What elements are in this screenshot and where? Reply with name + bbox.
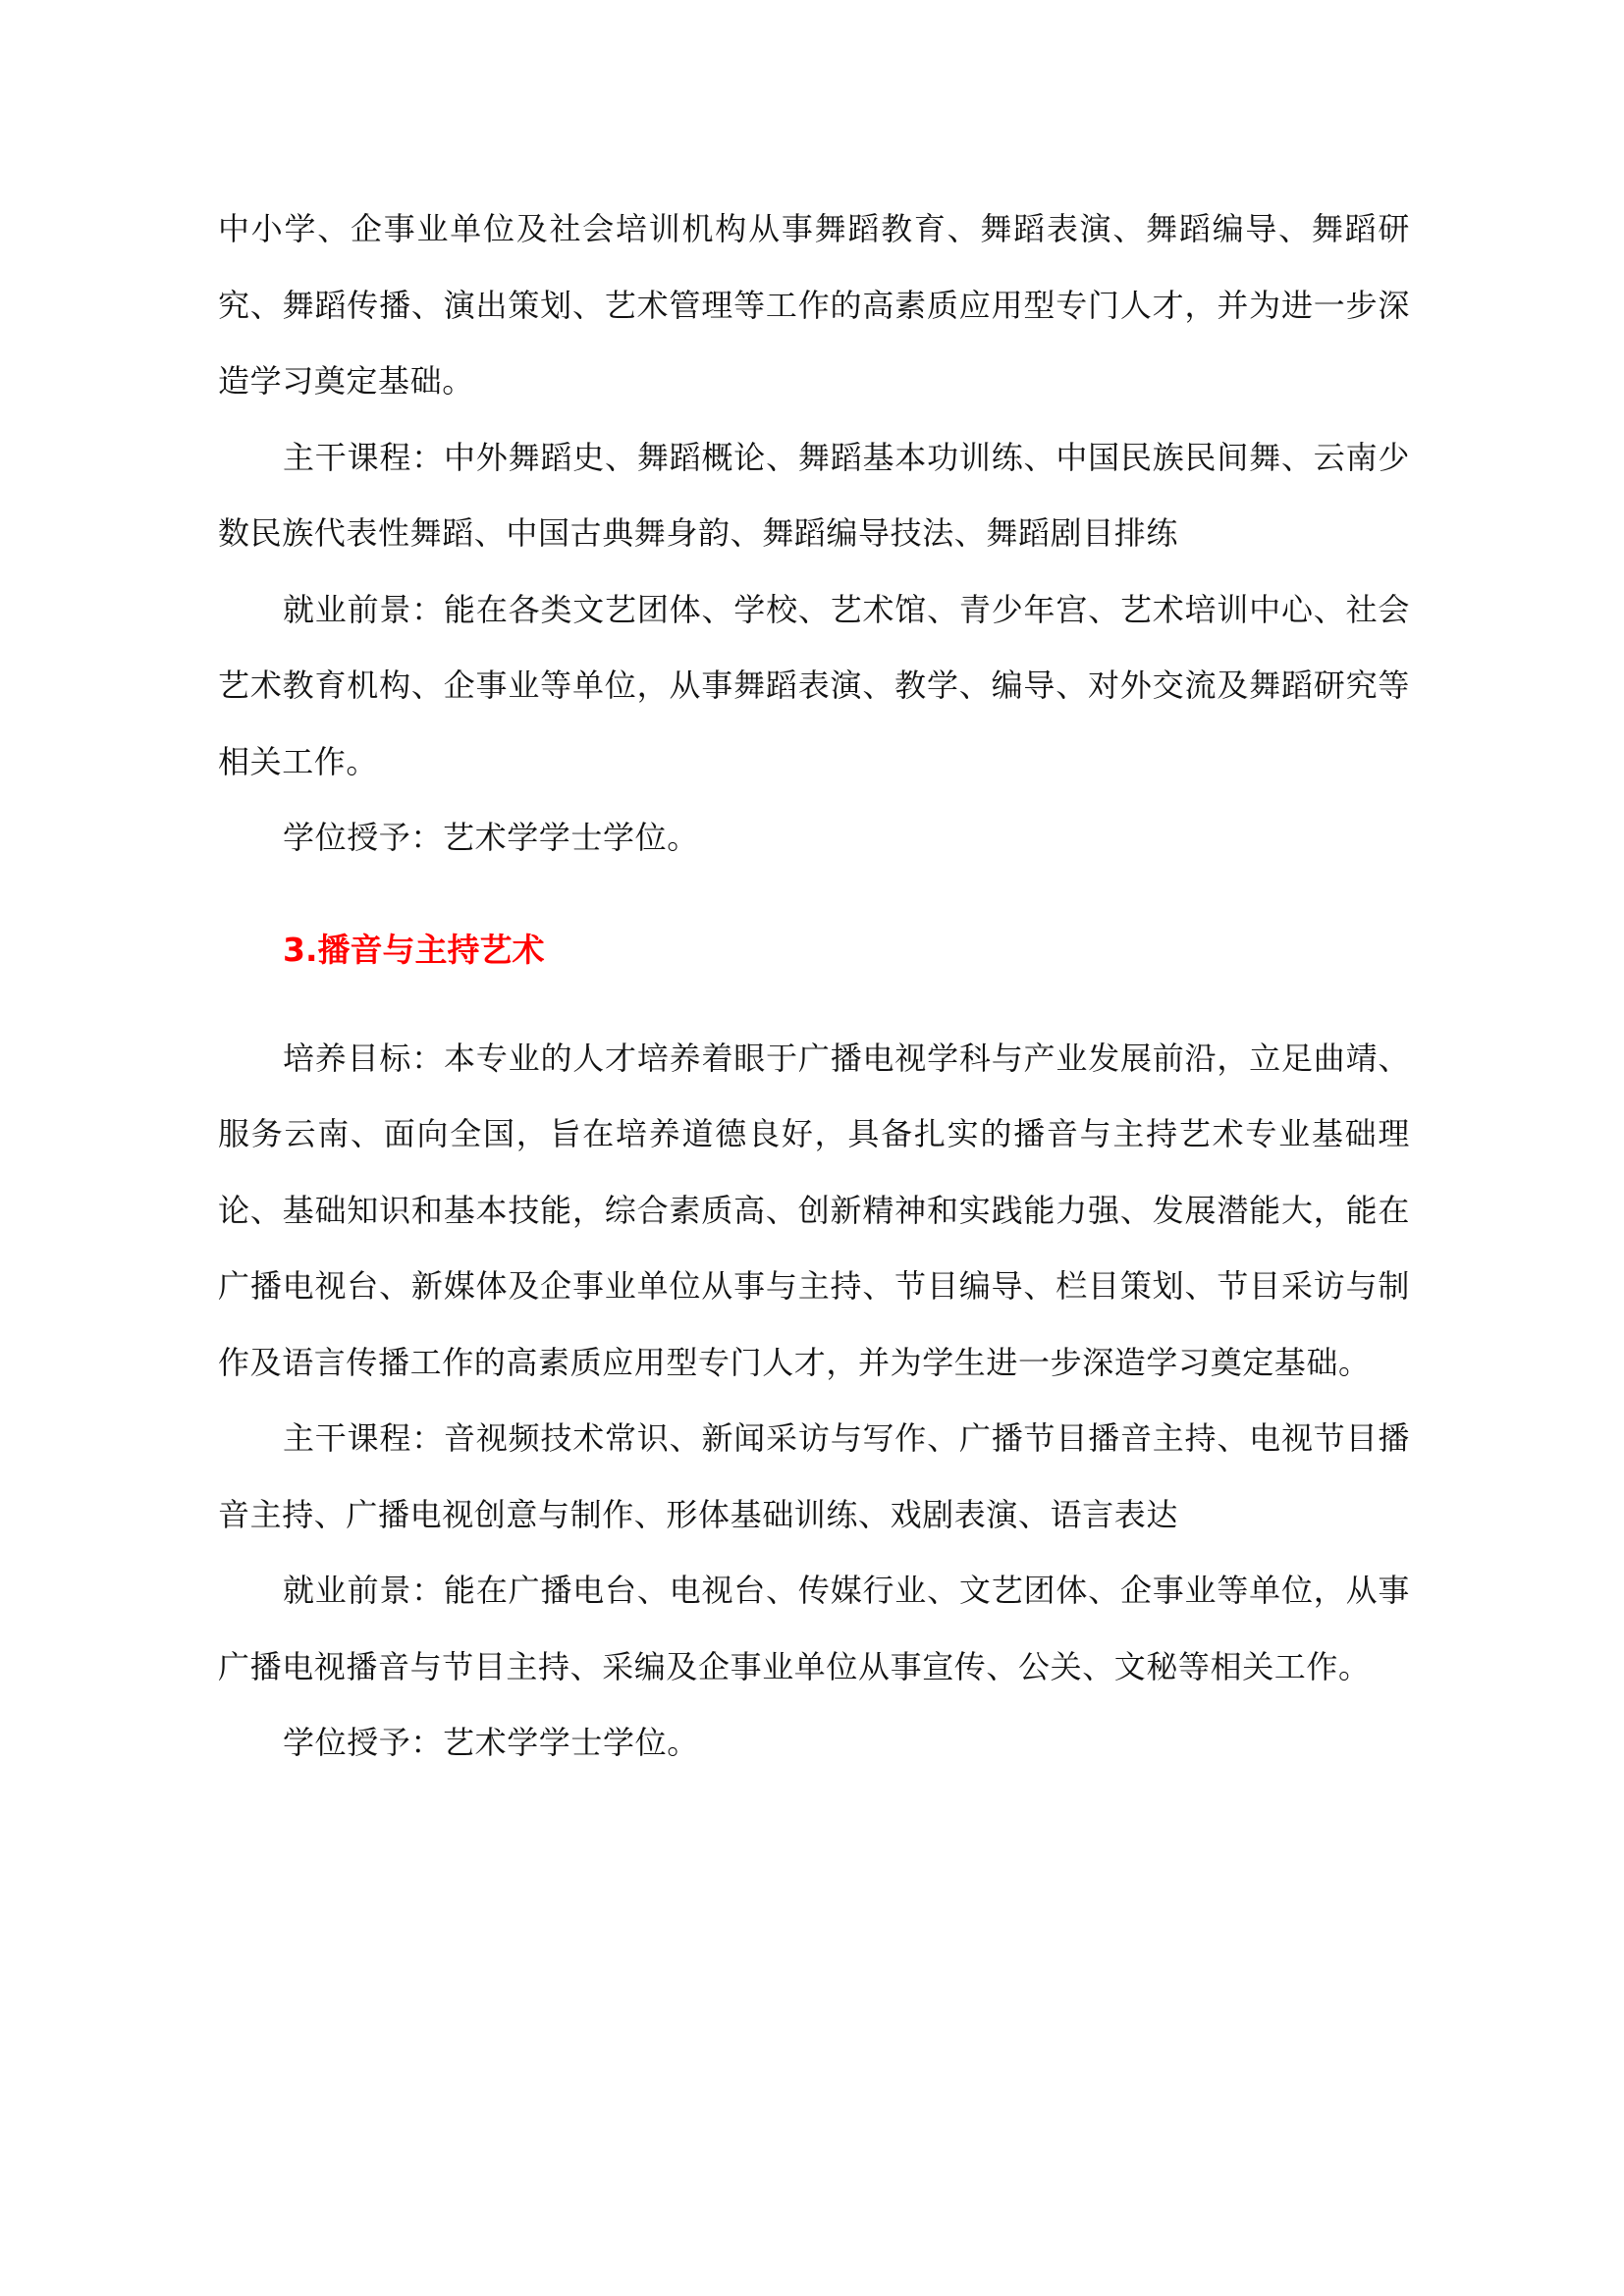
section-broadcasting: 3.播音与主持艺术 培养目标：本专业的人才培养着眼于广播电视学科与产业发展前沿，… bbox=[218, 931, 1410, 1782]
broadcasting-goal: 培养目标：本专业的人才培养着眼于广播电视学科与产业发展前沿，立足曲靖、服务云南、… bbox=[218, 1021, 1410, 1402]
section-spacer bbox=[218, 877, 1410, 931]
broadcasting-degree: 学位授予：艺术学学士学位。 bbox=[218, 1705, 1410, 1782]
section-dance: 中小学、企事业单位及社会培训机构从事舞蹈教育、舞蹈表演、舞蹈编导、舞蹈研究、舞蹈… bbox=[218, 191, 1410, 877]
broadcasting-employment: 就业前景：能在广播电台、电视台、传媒行业、文艺团体、企事业等单位，从事广播电视播… bbox=[218, 1553, 1410, 1705]
heading-spacer bbox=[218, 970, 1410, 1021]
broadcasting-heading: 3.播音与主持艺术 bbox=[218, 931, 1410, 970]
dance-main-courses: 主干课程：中外舞蹈史、舞蹈概论、舞蹈基本功训练、中国民族民间舞、云南少数民族代表… bbox=[218, 420, 1410, 572]
broadcasting-main-courses: 主干课程：音视频技术常识、新闻采访与写作、广播节目播音主持、电视节目播音主持、广… bbox=[218, 1401, 1410, 1553]
dance-degree: 学位授予：艺术学学士学位。 bbox=[218, 800, 1410, 877]
document-page: 中小学、企事业单位及社会培训机构从事舞蹈教育、舞蹈表演、舞蹈编导、舞蹈研究、舞蹈… bbox=[218, 191, 1410, 1782]
dance-employment: 就业前景：能在各类文艺团体、学校、艺术馆、青少年宫、艺术培训中心、社会艺术教育机… bbox=[218, 572, 1410, 801]
dance-goal-continuation: 中小学、企事业单位及社会培训机构从事舞蹈教育、舞蹈表演、舞蹈编导、舞蹈研究、舞蹈… bbox=[218, 191, 1410, 420]
